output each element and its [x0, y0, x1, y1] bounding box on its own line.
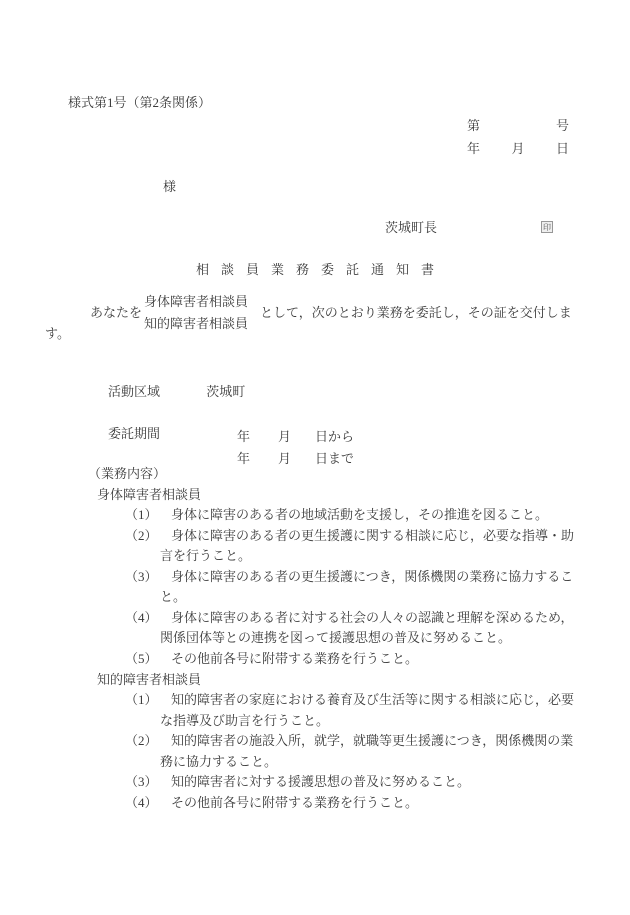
period-from-year: 年 — [237, 426, 278, 448]
duty-item: （3）知的障害者に対する援護思想の普及に努めること。 — [0, 772, 580, 793]
duty-item-text: 身体に障害のある者に対する社会の人々の認識と理解を深めるため，関係団体等との連携… — [160, 610, 573, 646]
duty-item-text: 身体に障害のある者の更生援護に関する相談に応じ，必要な指導・助言を行うこと。 — [160, 528, 574, 564]
duty-item: （4）その他前各号に附帯する業務を行うこと。 — [0, 793, 580, 814]
duties-section: （業務内容） 身体障害者相談員 （1）身体に障害のある者の地域活動を支援し，その… — [0, 463, 630, 813]
duty-item: （5）その他前各号に附帯する業務を行うこと。 — [0, 649, 580, 670]
duty-item: （1）知的障害者の家庭における養育及び生活等に関する相談に応じ，必要な指導及び助… — [0, 690, 580, 731]
duty-item: （4）身体に障害のある者に対する社会の人々の認識と理解を深めるため，関係団体等と… — [0, 608, 580, 649]
duty-item-text: その他前各号に附帯する業務を行うこと。 — [171, 651, 418, 666]
notice-role-options: 身体障害者相談員 知的障害者相談員 — [144, 291, 248, 335]
duty-item-text: 身体に障害のある者の更生援護につき，関係機関の業務に協力すること。 — [160, 569, 573, 605]
notice-body: として，次のとおり業務を委託し，その証を交付しま — [260, 305, 572, 321]
duties-heading: （業務内容） — [88, 463, 630, 484]
duty-item-number: （5） — [125, 649, 171, 670]
number-suffix: 号 — [556, 118, 569, 134]
duty-item-text: その他前各号に附帯する業務を行うこと。 — [171, 795, 418, 810]
duty-item-number: （4） — [125, 793, 171, 814]
date-day: 日 — [556, 141, 569, 157]
period-from-line: 年月日から — [237, 426, 354, 448]
period-from-month: 月 — [278, 426, 315, 448]
date-year: 年 — [467, 141, 480, 157]
duty-item: （2）身体に障害のある者の更生援護に関する相談に応じ，必要な指導・助言を行うこと… — [0, 526, 580, 567]
duty-item-number: （3） — [125, 567, 171, 588]
addressee-honorific: 様 — [163, 179, 176, 195]
duty-item-number: （1） — [125, 505, 171, 526]
activity-area-label: 活動区域 — [108, 384, 203, 400]
seal-mark-icon: 印 — [541, 221, 553, 233]
role-option-intellectual: 知的障害者相談員 — [144, 313, 248, 335]
period-from-day: 日から — [315, 429, 354, 444]
document-number-line: 第 号 — [467, 118, 569, 134]
sender-row: 茨城町長 印 — [0, 220, 630, 236]
notice-body-wrap: す。 — [45, 326, 70, 342]
duty-item-text: 知的障害者の施設入所，就学，就職等更生援護につき，関係機関の業務に協力すること。 — [160, 733, 573, 769]
duty-item-text: 身体に障害のある者の地域活動を支援し，その推進を図ること。 — [171, 507, 548, 522]
duty-item: （2）知的障害者の施設入所，就学，就職等更生援護につき，関係機関の業務に協力する… — [0, 731, 580, 772]
document-page: 様式第1号（第2条関係） 第 号 年 月 日 様 茨城町長 印 相談員業務委託通… — [0, 0, 630, 915]
duty-item-number: （4） — [125, 608, 171, 629]
duty-item-number: （3） — [125, 772, 171, 793]
duty-item-text: 知的障害者に対する援護思想の普及に努めること。 — [171, 774, 470, 789]
notice-sentence: あなたを 身体障害者相談員 知的障害者相談員 として，次のとおり業務を委託し，そ… — [0, 291, 630, 335]
duty-item: （1）身体に障害のある者の地域活動を支援し，その推進を図ること。 — [0, 505, 580, 526]
sender-title: 茨城町長 — [385, 220, 437, 236]
number-prefix: 第 — [467, 118, 480, 134]
section-title-intellectual: 知的障害者相談員 — [97, 669, 630, 690]
duty-item-number: （2） — [125, 526, 171, 547]
document-title: 相談員業務委託通知書 — [0, 262, 630, 278]
section-title-physical: 身体障害者相談員 — [97, 484, 630, 505]
duty-item: （3）身体に障害のある者の更生援護につき，関係機関の業務に協力すること。 — [0, 567, 580, 608]
duty-item-text: 知的障害者の家庭における養育及び生活等に関する相談に応じ，必要な指導及び助言を行… — [160, 692, 574, 728]
duty-item-number: （1） — [125, 690, 171, 711]
form-number-label: 様式第1号（第2条関係） — [68, 95, 211, 111]
notice-lead: あなたを — [90, 305, 142, 321]
activity-area-row: 活動区域 茨城町 — [108, 384, 245, 400]
activity-area-value: 茨城町 — [206, 384, 245, 399]
role-option-physical: 身体障害者相談員 — [144, 291, 248, 313]
duty-item-number: （2） — [125, 731, 171, 752]
date-month: 月 — [511, 141, 524, 157]
document-date-line: 年 月 日 — [467, 141, 569, 157]
